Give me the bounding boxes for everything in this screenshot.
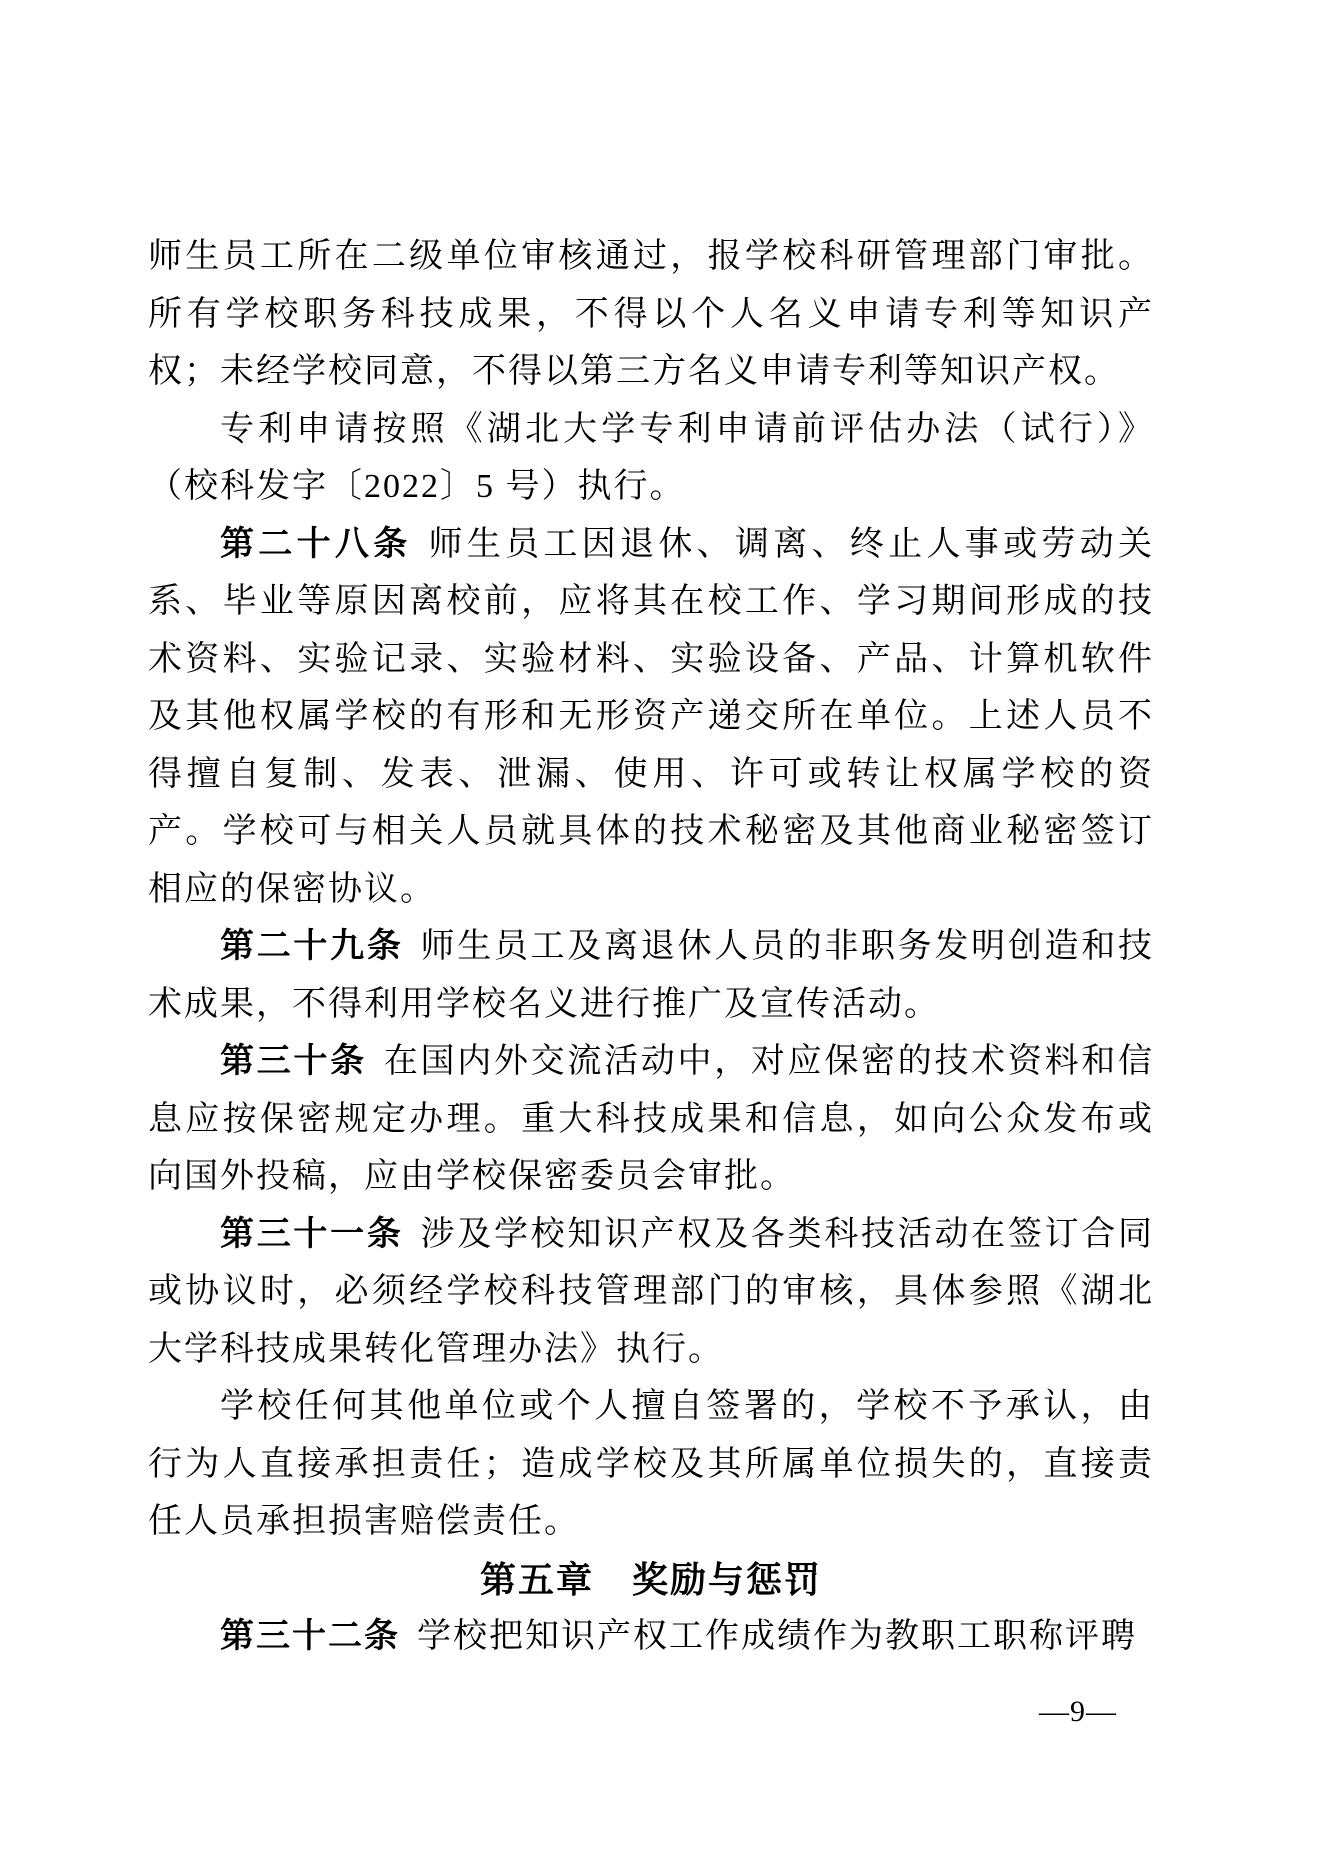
article-paragraph: 第三十一条涉及学校知识产权及各类科技活动在签订合同或协议时，必须经学校科技管理部… — [148, 1206, 1154, 1379]
paragraph: 专利申请按照《湖北大学专利申请前评估办法（试行）》（校科发字〔2022〕5 号）… — [148, 401, 1154, 516]
article-text: 学校把知识产权工作成绩作为教职工职称评聘 — [417, 1618, 1137, 1655]
article-number: 第二十八条 — [220, 526, 412, 563]
article-text: 师生员工因退休、调离、终止人事或劳动关系、毕业等原因离校前，应将其在校工作、学习… — [148, 526, 1154, 908]
article-paragraph: 第三十条在国内外交流活动中，对应保密的技术资料和信息应按保密规定办理。重大科技成… — [148, 1033, 1154, 1206]
chapter-heading: 第五章 奖励与惩罚 — [148, 1551, 1154, 1609]
article-number: 第三十二条 — [220, 1618, 400, 1655]
document-body: 师生员工所在二级单位审核通过，报学校科研管理部门审批。所有学校职务科技成果，不得… — [148, 228, 1154, 1666]
document-page: 师生员工所在二级单位审核通过，报学校科研管理部门审批。所有学校职务科技成果，不得… — [0, 0, 1323, 1871]
article-paragraph: 第二十八条师生员工因退休、调离、终止人事或劳动关系、毕业等原因离校前，应将其在校… — [148, 516, 1154, 919]
page-number: —9— — [1039, 1695, 1117, 1729]
article-number: 第三十条 — [220, 1043, 367, 1080]
article-paragraph: 第二十九条师生员工及离退休人员的非职务发明创造和技术成果，不得利用学校名义进行推… — [148, 918, 1154, 1033]
article-paragraph: 第三十二条学校把知识产权工作成绩作为教职工职称评聘 — [148, 1608, 1154, 1666]
paragraph-continuation: 师生员工所在二级单位审核通过，报学校科研管理部门审批。所有学校职务科技成果，不得… — [148, 228, 1154, 401]
paragraph: 学校任何其他单位或个人擅自签署的，学校不予承认，由行为人直接承担责任；造成学校及… — [148, 1378, 1154, 1551]
article-number: 第三十一条 — [220, 1216, 404, 1253]
article-number: 第二十九条 — [220, 928, 404, 965]
